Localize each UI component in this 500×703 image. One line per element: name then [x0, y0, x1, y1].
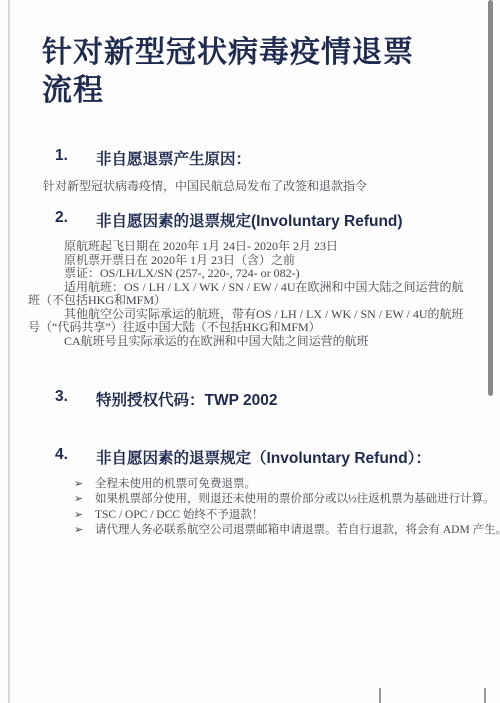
section3-heading: 3. 特别授权代码：TWP 2002	[55, 388, 475, 410]
section4-number: 4.	[55, 446, 96, 464]
bullet-text: 请代理人务必联系航空公司退票邮箱申请退票。若自行退款，将会有 ADM 产生。	[95, 523, 500, 538]
bottom-partial-element-right-edge	[484, 688, 486, 703]
bullet-text: 全程未使用的机票可免费退票。	[95, 477, 256, 492]
detail-line: 原航班起飞日期在 2020年 1月 24日- 2020年 2月 23日	[28, 240, 466, 254]
arrow-bullet-icon: ➢	[74, 477, 95, 492]
bullet-text: 如果机票部分使用，则退还未使用的票价部分或以½往返机票为基础进行计算。	[95, 492, 495, 507]
bottom-partial-element-left-edge	[379, 688, 381, 703]
page-left-edge-line	[8, 0, 10, 703]
bullet-item: ➢ 请代理人务必联系航空公司退票邮箱申请退票。若自行退款，将会有 ADM 产生。	[74, 523, 486, 538]
bullet-item: ➢ 如果机票部分使用，则退还未使用的票价部分或以½往返机票为基础进行计算。	[74, 492, 486, 507]
document-page: 针对新型冠状病毒疫情退票 流程 1. 非自愿退票产生原因： 针对新型冠状病毒疫情…	[0, 0, 500, 703]
detail-line: CA航班号且实际承运的在欧洲和中国大陆之间运营的航班	[28, 335, 466, 349]
section3-number: 3.	[55, 388, 96, 406]
arrow-bullet-icon: ➢	[74, 492, 95, 507]
section2-details: 原航班起飞日期在 2020年 1月 24日- 2020年 2月 23日 原机票开…	[28, 240, 466, 348]
detail-line: 其他航空公司实际承运的航班，带有OS / LH / LX / WK / SN /…	[28, 308, 466, 335]
section4-heading: 4. 非自愿因素的退票规定（Involuntary Refund）：	[55, 446, 475, 468]
bullet-item: ➢ TSC / OPC / DCC 始终不予退款！	[74, 508, 486, 523]
section1-body: 针对新型冠状病毒疫情，中国民航总局发布了改签和退款指令	[28, 180, 466, 194]
document-title: 针对新型冠状病毒疫情退票 流程	[42, 34, 472, 110]
section1-heading-text: 非自愿退票产生原因：	[96, 147, 251, 169]
section2-heading-text: 非自愿因素的退票规定(Involuntary Refund)	[96, 209, 403, 231]
section2-number: 2.	[55, 209, 96, 227]
bullet-text: TSC / OPC / DCC 始终不予退款！	[95, 508, 263, 523]
section1-heading: 1. 非自愿退票产生原因：	[55, 147, 475, 169]
arrow-bullet-icon: ➢	[74, 508, 95, 523]
vertical-scrollbar-thumb[interactable]	[488, 0, 493, 396]
section3-heading-text: 特别授权代码：TWP 2002	[96, 388, 277, 410]
section4-bullet-list: ➢ 全程未使用的机票可免费退票。 ➢ 如果机票部分使用，则退还未使用的票价部分或…	[74, 477, 486, 539]
bullet-item: ➢ 全程未使用的机票可免费退票。	[74, 477, 486, 492]
section2-heading: 2. 非自愿因素的退票规定(Involuntary Refund)	[55, 209, 475, 231]
arrow-bullet-icon: ➢	[74, 523, 95, 538]
document-title-line1: 针对新型冠状病毒疫情退票	[42, 34, 472, 72]
section1-number: 1.	[55, 147, 96, 165]
detail-line: 适用航班：OS / LH / LX / WK / SN / EW / 4U在欧洲…	[28, 281, 466, 308]
detail-line: 票证：OS/LH/LX/SN (257-, 220-, 724- or 082-…	[28, 267, 466, 281]
document-title-line2: 流程	[42, 72, 472, 110]
section4-heading-text: 非自愿因素的退票规定（Involuntary Refund）：	[96, 446, 431, 468]
detail-line: 原机票开票日在 2020年 1月 23日（含）之前	[28, 254, 466, 268]
